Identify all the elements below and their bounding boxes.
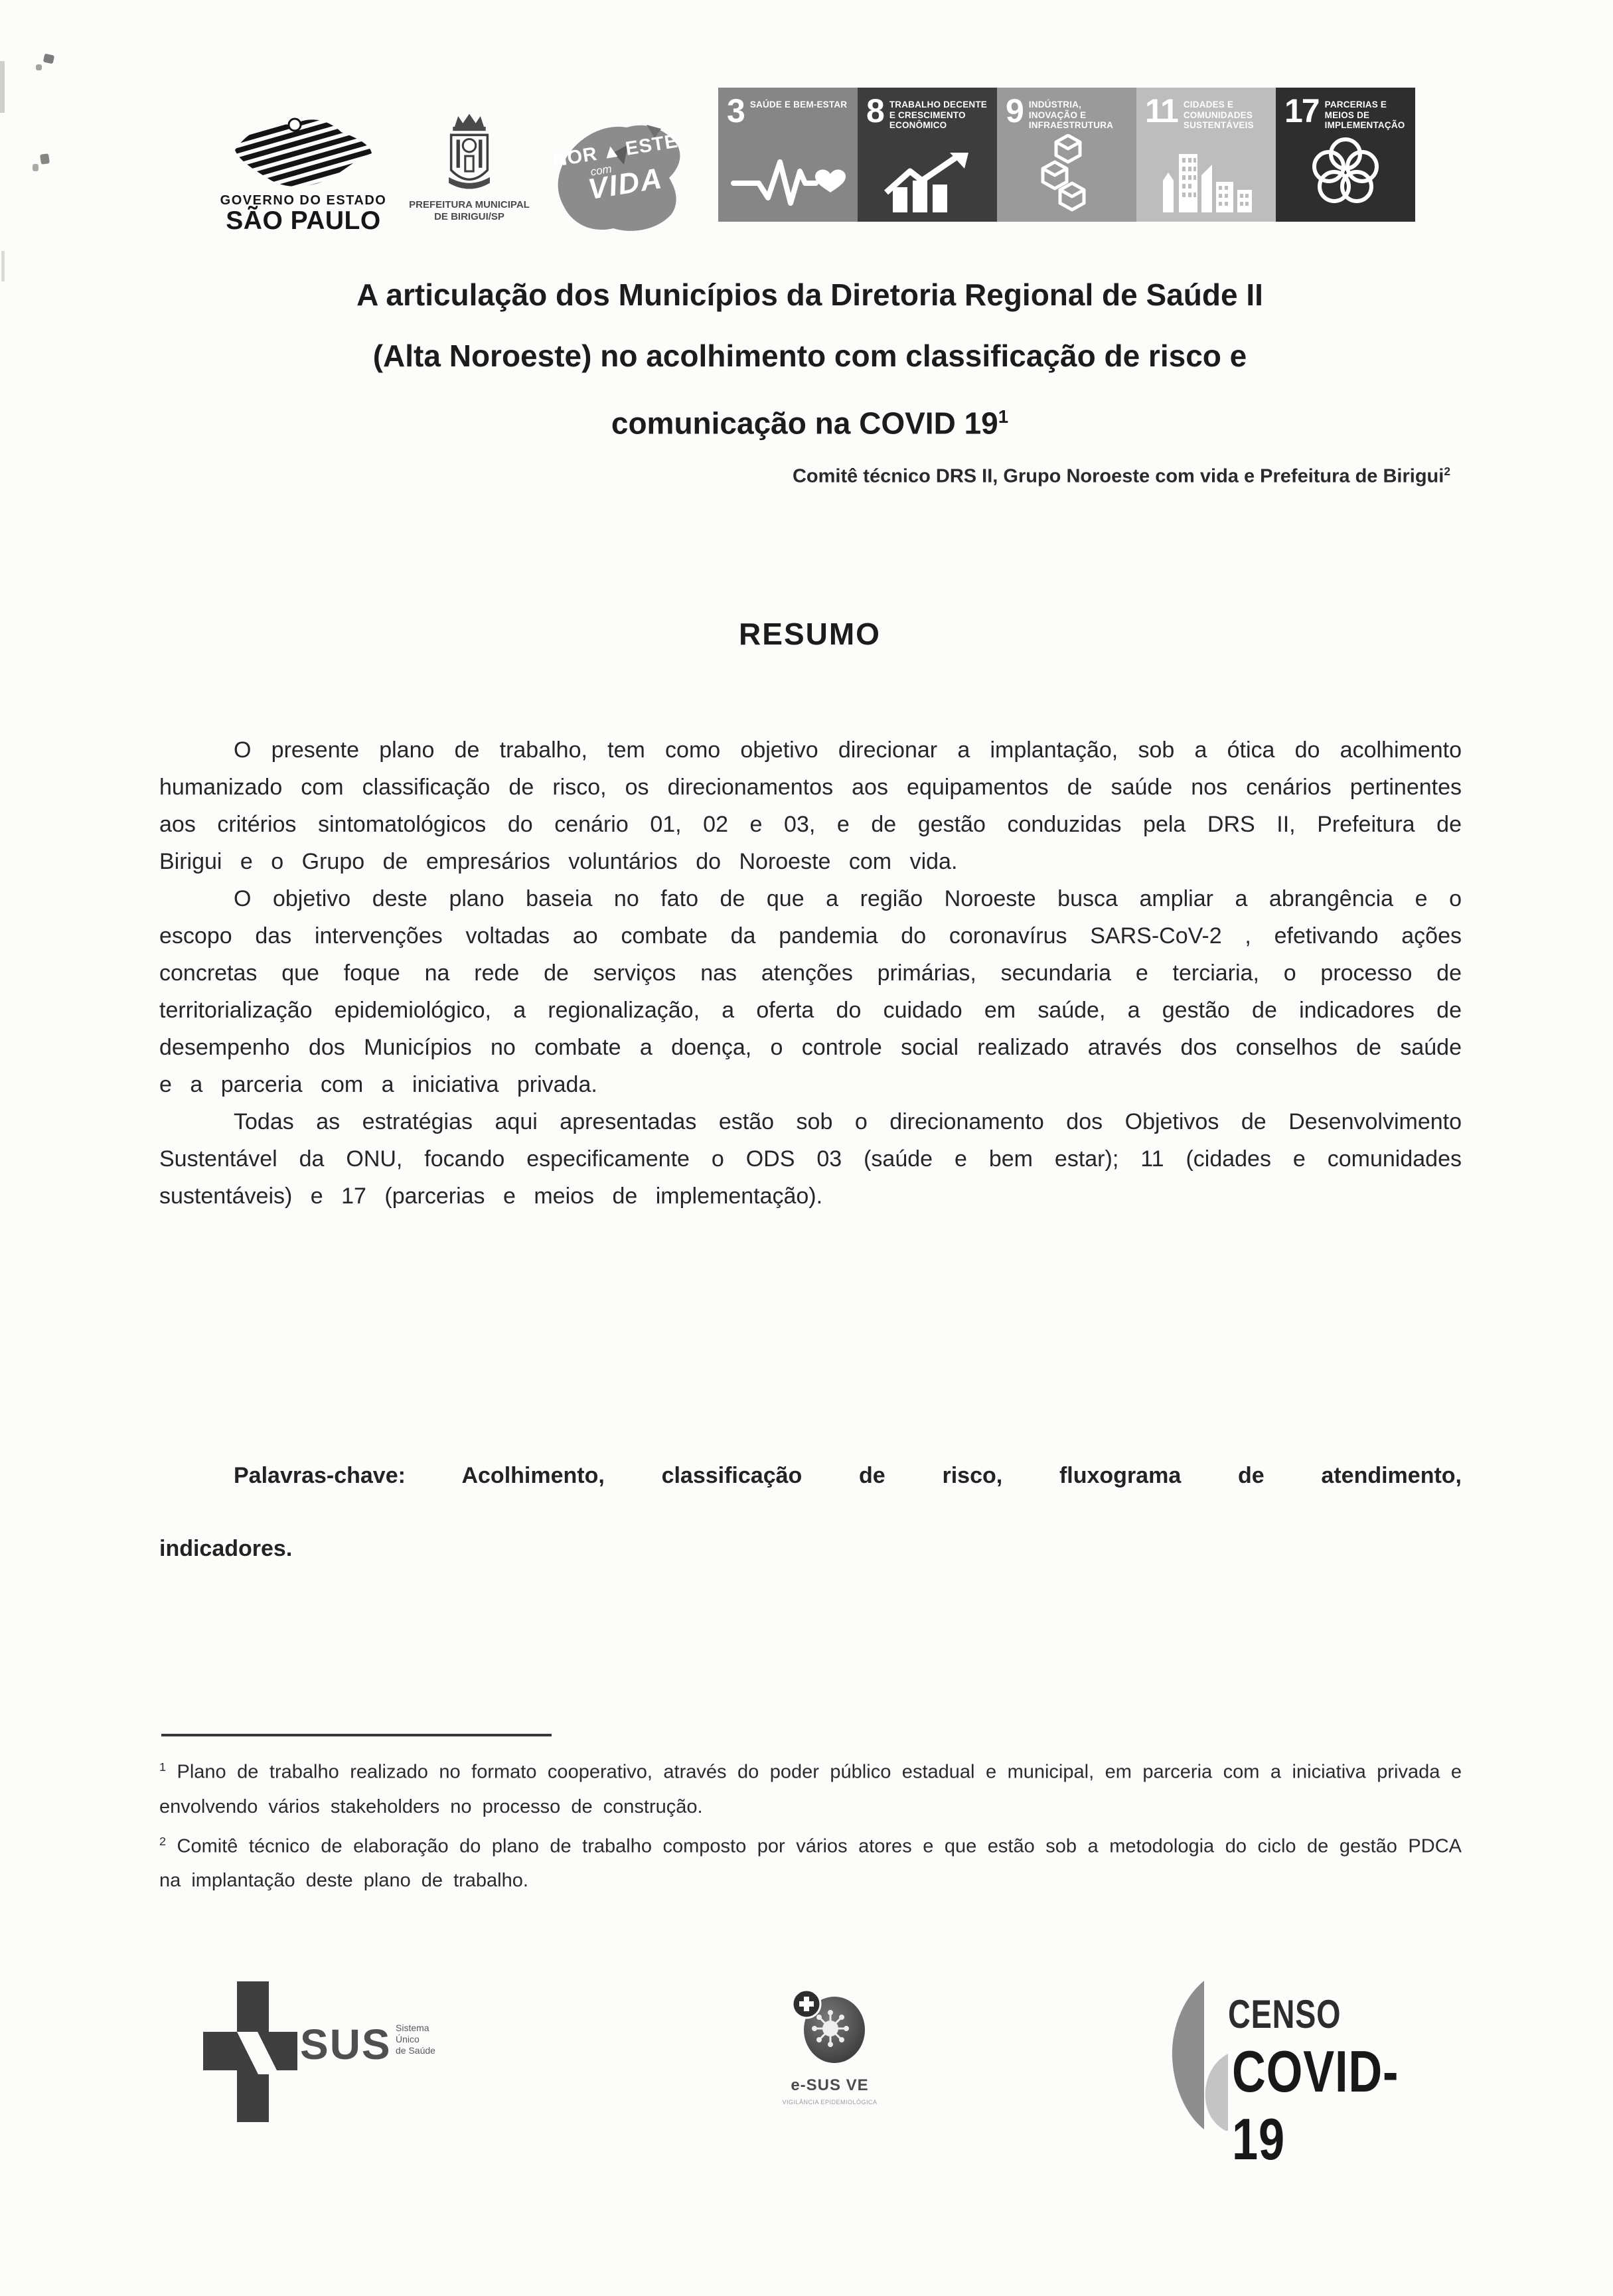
sdg17-label: PARCERIAS E MEIOS DE IMPLEMENTAÇÃO xyxy=(1325,100,1410,131)
document-page: GOVERNO DO ESTADO SÃO PAULO PREFEITURA M… xyxy=(0,0,1613,2296)
esus-ve-name: e-SUS VE xyxy=(763,2076,896,2095)
sdg11-number: 11 xyxy=(1145,96,1178,131)
title-footnote-ref: 1 xyxy=(998,406,1008,427)
footnote-2-marker: 2 xyxy=(159,1835,166,1848)
sdg-tile-8: 8 TRABALHO DECENTE E CRESCIMENTO ECONÔMI… xyxy=(858,88,997,222)
abstract-body: O presente plano de trabalho, tem como o… xyxy=(159,731,1462,1215)
censo-covid19-logo: CENSO COVID-19 xyxy=(1167,1977,1472,2136)
sdg9-number: 9 xyxy=(1006,96,1023,131)
byline-footnote-ref: 2 xyxy=(1444,465,1450,478)
scan-speck xyxy=(33,164,38,171)
growth-chart-icon xyxy=(881,151,974,212)
sdg8-label: TRABALHO DECENTE E CRESCIMENTO ECONÔMICO xyxy=(889,100,992,131)
cubes-icon xyxy=(1027,134,1107,212)
sus-subtext: Sistema Único de Saúde xyxy=(396,2023,435,2056)
sdg-tile-11: 11 CIDADES E COMUNIDADES SUSTENTÁVEIS xyxy=(1136,88,1276,222)
scan-speck xyxy=(40,153,50,165)
keywords-label: Palavras-chave: xyxy=(234,1463,406,1488)
heartbeat-heart-icon xyxy=(730,149,846,212)
virus-badge-icon xyxy=(788,1986,872,2070)
title-line-3: comunicação na COVID 191 xyxy=(159,386,1460,453)
footnote-2: 2 Comitê técnico de elaboração do plano … xyxy=(159,1824,1462,1898)
birigui-city-hall-logo: PREFEITURA MUNICIPAL DE BIRIGUI/SP xyxy=(406,112,532,222)
sp-logo-line2: SÃO PAULO xyxy=(214,206,393,236)
prefeitura-logo-line1: PREFEITURA MUNICIPAL xyxy=(406,199,532,210)
sao-paulo-state-map-icon xyxy=(220,114,386,191)
sdg-tile-9: 9 INDÚSTRIA, INOVAÇÃO E INFRAESTRUTURA xyxy=(997,88,1136,222)
authors-byline: Comitê técnico DRS II, Grupo Noroeste co… xyxy=(159,465,1450,488)
lens-shape-icon xyxy=(1167,1979,1231,2131)
scan-smudge xyxy=(0,61,5,113)
sao-paulo-government-logo: GOVERNO DO ESTADO SÃO PAULO xyxy=(214,114,393,236)
sdg3-label: SAÚDE E BEM-ESTAR xyxy=(750,100,847,125)
esus-ve-logo: e-SUS VE VIGILÂNCIA EPIDEMIOLÓGICA xyxy=(763,1986,896,2105)
title-line-2: (Alta Noroeste) no acolhimento com class… xyxy=(159,325,1460,386)
city-skyline-icon xyxy=(1156,149,1256,212)
sdg11-label: CIDADES E COMUNIDADES SUSTENTÁVEIS xyxy=(1184,100,1270,131)
sdg-tile-17: 17 PARCERIAS E MEIOS DE IMPLEMENTAÇÃO xyxy=(1276,88,1415,222)
abstract-paragraph-2: O objetivo deste plano baseia no fato de… xyxy=(159,880,1462,1103)
scan-speck xyxy=(43,54,54,64)
sdg-goals-strip: 3 SAÚDE E BEM-ESTAR 8 TRABALHO DECENTE E… xyxy=(718,88,1415,222)
sdg-tile-3: 3 SAÚDE E BEM-ESTAR xyxy=(718,88,858,222)
sdg8-number: 8 xyxy=(866,96,883,131)
footnote-1: 1 Plano de trabalho realizado no formato… xyxy=(159,1750,1462,1824)
footnote-separator xyxy=(161,1734,552,1736)
footnote-1-marker: 1 xyxy=(159,1760,166,1774)
keywords-line: Palavras-chave: Acolhimento, classificaç… xyxy=(159,1439,1462,1585)
abstract-paragraph-3: Todas as estratégias aqui apresentadas e… xyxy=(159,1103,1462,1215)
covid19-label: COVID-19 xyxy=(1232,2038,1424,2173)
scan-smudge xyxy=(1,251,5,281)
sus-logo: SUS Sistema Único de Saúde xyxy=(199,1981,485,2124)
document-title: A articulação dos Municípios da Diretori… xyxy=(159,264,1460,453)
scan-speck xyxy=(36,64,42,70)
prefeitura-logo-line2: DE BIRIGUI/SP xyxy=(406,211,532,222)
esus-ve-subtext: VIGILÂNCIA EPIDEMIOLÓGICA xyxy=(763,2099,896,2105)
title-line-1: A articulação dos Municípios da Diretori… xyxy=(159,264,1460,325)
birigui-coat-of-arms-icon xyxy=(437,112,502,196)
censo-label: CENSO xyxy=(1228,1991,1341,2037)
sdg17-number: 17 xyxy=(1284,96,1319,131)
sus-acronym: SUS xyxy=(300,2020,392,2069)
sdg9-label: INDÚSTRIA, INOVAÇÃO E INFRAESTRUTURA xyxy=(1029,100,1131,131)
footnotes: 1 Plano de trabalho realizado no formato… xyxy=(159,1750,1462,1898)
sdg3-number: 3 xyxy=(727,96,744,125)
abstract-paragraph-1: O presente plano de trabalho, tem como o… xyxy=(159,731,1462,880)
noroeste-com-vida-logo: NOR ▲ ESTE com VIDA xyxy=(548,115,689,243)
interlocking-rings-icon xyxy=(1305,134,1386,212)
abstract-heading: RESUMO xyxy=(159,616,1460,652)
